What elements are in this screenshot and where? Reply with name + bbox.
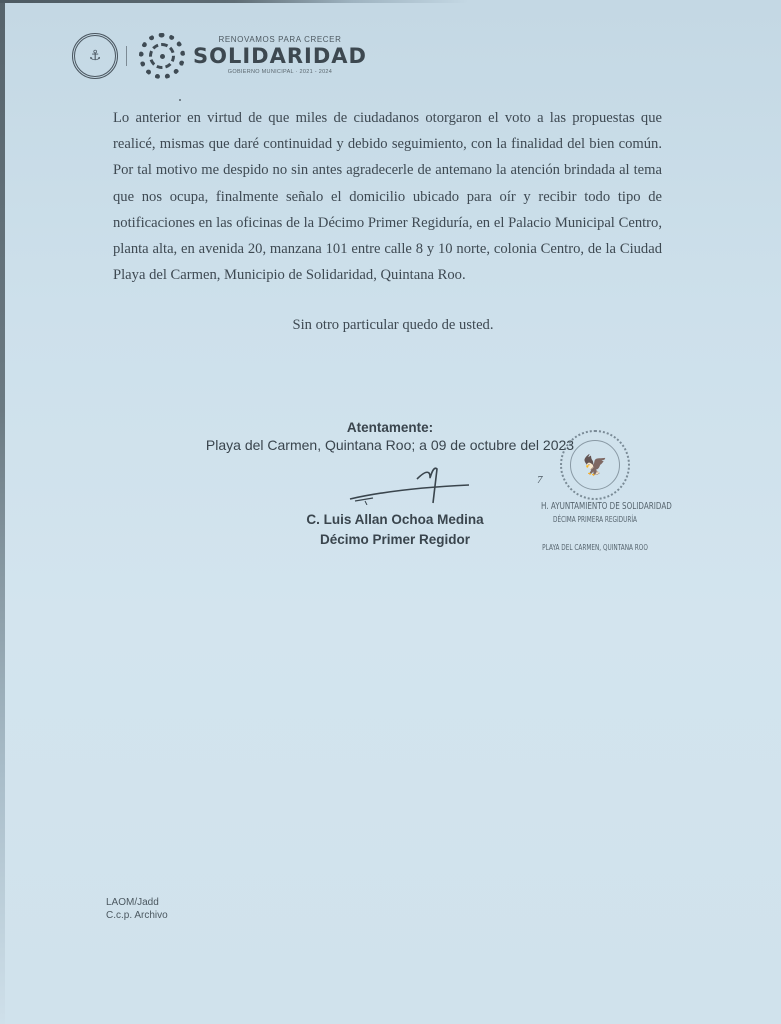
signer-name: C. Luis Allan Ochoa Medina [290,510,500,530]
footer-notes: LAOM/Jadd C.c.p. Archivo [106,896,168,922]
stamp-line-1: H. AYUNTAMIENTO DE SOLIDARIDAD [541,501,649,512]
letterhead: ⚓ RENOVAMOS PARA CRECER SOLIDARIDAD GOBI… [72,30,367,82]
solidaridad-mandala-icon [139,33,185,79]
page-shadow-top [0,0,781,3]
footer-initials: LAOM/Jadd [106,896,168,909]
stamp-line-3: PLAYA DEL CARMEN, QUINTANA ROO [541,543,649,552]
signature-header: Atentamente: Playa del Carmen, Quintana … [200,420,580,454]
municipal-seal-icon: ⚓ [72,33,118,79]
footer-cc: C.c.p. Archivo [106,909,168,922]
page-shadow-left [0,0,5,1024]
handwritten-signature [345,465,475,505]
brand-tagline: RENOVAMOS PARA CRECER [218,36,341,44]
signer-title: Décimo Primer Regidor [290,530,500,550]
brand-name: SOLIDARIDAD [193,46,367,67]
signer-block: C. Luis Allan Ochoa Medina Décimo Primer… [290,510,500,550]
brand-subtitle: GOBIERNO MUNICIPAL · 2021 - 2024 [228,70,332,76]
salutation: Atentamente: [200,420,580,436]
stamp-line-2: DÉCIMA PRIMERA REGIDURÍA [541,515,649,524]
ink-speck [179,99,181,101]
mexican-coat-of-arms-seal-icon: 🦅 [560,430,630,500]
stamp-mark: 7 [537,474,543,486]
logo-separator [126,46,127,66]
closing-line: Sin otro particular quedo de usted. [0,317,781,334]
place-date: Playa del Carmen, Quintana Roo; a 09 de … [200,436,580,454]
brand-block: RENOVAMOS PARA CRECER SOLIDARIDAD GOBIER… [193,36,367,76]
letter-paragraph: Lo anterior en virtud de que miles de ci… [113,105,662,288]
